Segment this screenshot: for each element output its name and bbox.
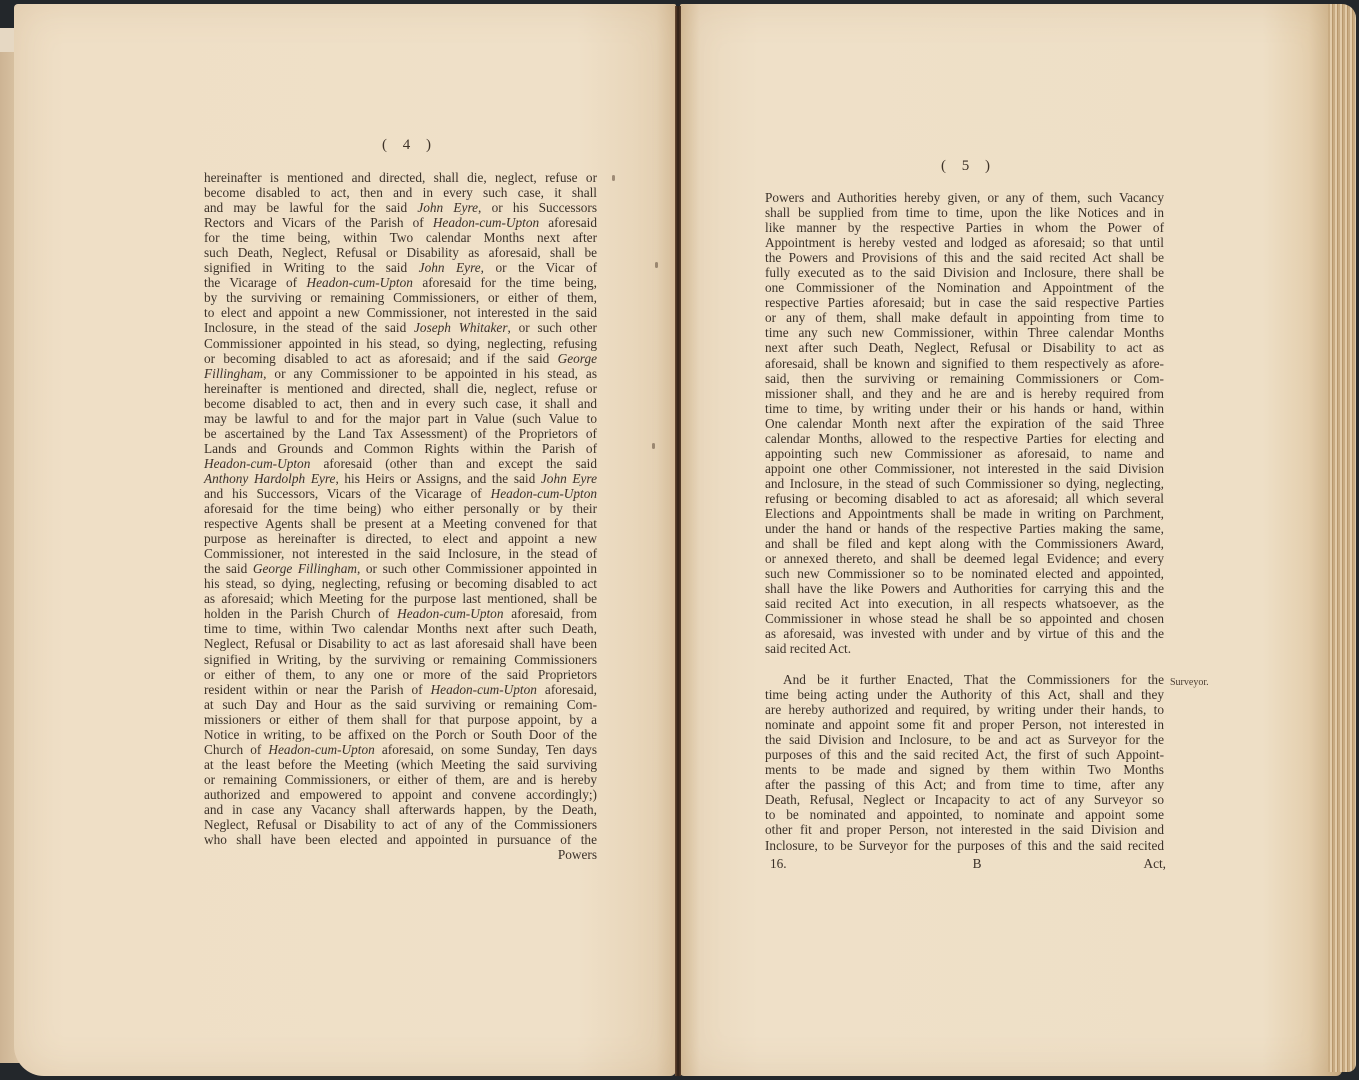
text-line: the said Division and Inclosure, to be a… xyxy=(765,732,1164,747)
text-line: his stead, so dying, neglecting, refusin… xyxy=(204,576,597,591)
book-gutter xyxy=(675,6,681,1076)
text-line: Inclosure, in the stead of the said Jose… xyxy=(204,320,597,335)
text-line: to elect and appoint a new Commissioner,… xyxy=(204,305,597,320)
text-line: aforesaid, shall be known and signified … xyxy=(765,356,1164,371)
text-line: purpose as hereinafter is directed, to e… xyxy=(204,531,597,546)
text-line: time to time, within Two calendar Months… xyxy=(204,621,597,636)
text-line: refusing or becoming disabled to act as … xyxy=(765,491,1164,506)
text-line: or either of them, to any one or more of… xyxy=(204,667,597,682)
text-line: Commissioner appointed in his stead, so … xyxy=(204,336,597,351)
text-line: as aforesaid; which Meeting for the purp… xyxy=(204,591,597,606)
text-line: purposes of this and the said recited Ac… xyxy=(765,747,1164,762)
text-line: after the passing of this Act; and from … xyxy=(765,777,1164,792)
text-line: Neglect, Refusal or Disability to act of… xyxy=(204,817,597,832)
ink-speck xyxy=(655,262,658,268)
text-line: Neglect, Refusal or Disability to act as… xyxy=(204,636,597,651)
text-line: fully executed as to the said Division a… xyxy=(765,265,1164,280)
text-line: and shall be filed and kept along with t… xyxy=(765,536,1164,551)
text-line: aforesaid for the time being) who either… xyxy=(204,501,597,516)
text-line: become disabled to act, then and in ever… xyxy=(204,396,597,411)
text-line: or becoming disabled to act as aforesaid… xyxy=(204,351,597,366)
text-line: appointing such new Commissioner as afor… xyxy=(765,446,1164,461)
text-line: ments to be made and signed by them with… xyxy=(765,762,1164,777)
text-line: at the least before the Meeting (which M… xyxy=(204,757,597,772)
text-line: Notice in writing, to be affixed on the … xyxy=(204,727,597,742)
text-line: said recited Act into execution, in all … xyxy=(765,596,1164,611)
text-line: Church of Headon-cum-Upton aforesaid, on… xyxy=(204,742,597,757)
text-line: to be nominated and appointed, to nomina… xyxy=(765,807,1164,822)
text-line: one Commissioner of the Nomination and A… xyxy=(765,280,1164,295)
left-page-number: ( 4 ) xyxy=(382,137,437,154)
page-fore-edge xyxy=(1328,4,1356,1072)
text-line: Fillingham, or any Commissioner to be ap… xyxy=(204,366,597,381)
text-line: respective Parties aforesaid; but in cas… xyxy=(765,295,1164,310)
text-line: signified in Writing, by the surviving o… xyxy=(204,652,597,667)
text-line: hereinafter is mentioned and directed, s… xyxy=(204,381,597,396)
text-line: as aforesaid, was invested with under an… xyxy=(765,626,1164,641)
text-line: Headon-cum-Upton aforesaid (other than a… xyxy=(204,456,597,471)
text-line: such Death, Neglect, Refusal or Disabili… xyxy=(204,245,597,260)
catchword-left: Powers xyxy=(204,847,597,862)
signature-mark: 16. xyxy=(770,856,787,872)
right-page-number: ( 5 ) xyxy=(941,158,996,175)
text-line: said, then the surviving or remaining Co… xyxy=(765,371,1164,386)
catchword-right: Act, xyxy=(1143,856,1166,872)
text-line: said recited Act. xyxy=(765,641,1164,656)
text-line: the Powers and Provisions of this and th… xyxy=(765,250,1164,265)
text-line: Commissioner, not interested in the said… xyxy=(204,546,597,561)
text-line: Powers and Authorities hereby given, or … xyxy=(765,190,1164,205)
text-line: Lands and Grounds and Common Rights with… xyxy=(204,441,597,456)
text-line: other fit and proper Person, not interes… xyxy=(765,822,1164,837)
text-line: appoint one other Commissioner, not inte… xyxy=(765,461,1164,476)
text-line: Anthony Hardolph Eyre, his Heirs or Assi… xyxy=(204,471,597,486)
text-line: Elections and Appointments shall be made… xyxy=(765,506,1164,521)
text-line: under the hand or hands of the respectiv… xyxy=(765,521,1164,536)
text-line: One calendar Month next after the expira… xyxy=(765,416,1164,431)
text-line: Commissioner in whose stead he shall be … xyxy=(765,611,1164,626)
text-line: time being acting under the Authority of… xyxy=(765,687,1164,702)
text-line: are hereby authorized and required, by w… xyxy=(765,702,1164,717)
text-line: may be lawful to and for the major part … xyxy=(204,411,597,426)
marginal-note-surveyor: Surveyor. xyxy=(1170,677,1209,688)
text-line: missioners or either of them shall for t… xyxy=(204,712,597,727)
text-line: be ascertained by the Land Tax Assessmen… xyxy=(204,426,597,441)
page-footer-signature: 16. B Act, xyxy=(770,856,1166,872)
text-line: like manner by the respective Parties in… xyxy=(765,220,1164,235)
text-line: authorized and empowered to appoint and … xyxy=(204,787,597,802)
text-line: nominate and appoint some fit and proper… xyxy=(765,717,1164,732)
text-line: such new Commissioner so to be nominated… xyxy=(765,566,1164,581)
text-line: holden in the Parish Church of Headon-cu… xyxy=(204,606,597,621)
text-line: and Inclosure, in the stead of such Comm… xyxy=(765,476,1164,491)
text-line: or remaining Commissioners, or either of… xyxy=(204,772,597,787)
text-line: Appointment is hereby vested and lodged … xyxy=(765,235,1164,250)
text-line: Inclosure, to be Surveyor for the purpos… xyxy=(765,838,1164,853)
text-line: resident within or near the Parish of He… xyxy=(204,682,597,697)
text-line: the said George Fillingham, or such othe… xyxy=(204,561,597,576)
left-page-body: hereinafter is mentioned and directed, s… xyxy=(204,170,597,862)
text-line: time to time, by writing under their or … xyxy=(765,401,1164,416)
text-line: next after such Death, Neglect, Refusal … xyxy=(765,340,1164,355)
text-line: or any of them, shall make default in ap… xyxy=(765,310,1164,325)
text-line: shall be supplied from time to time, upo… xyxy=(765,205,1164,220)
ink-speck xyxy=(652,443,655,449)
ink-speck xyxy=(612,175,615,181)
text-line: missioner shall, and they and he are and… xyxy=(765,386,1164,401)
text-line: and in case any Vacancy shall afterwards… xyxy=(204,802,597,817)
text-line: or annexed thereto, and shall be deemed … xyxy=(765,551,1164,566)
text-line: at such Day and Hour as the said survivi… xyxy=(204,697,597,712)
text-line: hereinafter is mentioned and directed, s… xyxy=(204,170,597,185)
text-line: the Vicarage of Headon-cum-Upton aforesa… xyxy=(204,275,597,290)
right-page-paragraph-2: And be it further Enacted, That the Comm… xyxy=(765,672,1164,853)
text-line: And be it further Enacted, That the Comm… xyxy=(765,672,1164,687)
text-line: shall have the like Powers and Authoriti… xyxy=(765,581,1164,596)
text-line: Death, Refusal, Neglect or Incapacity to… xyxy=(765,792,1164,807)
text-line: who shall have been elected and appointe… xyxy=(204,832,597,847)
signature-letter: B xyxy=(973,856,982,872)
text-line: by the surviving or remaining Commission… xyxy=(204,290,597,305)
text-line: become disabled to act, then and in ever… xyxy=(204,185,597,200)
text-line: signified in Writing to the said John Ey… xyxy=(204,260,597,275)
text-line: and may be lawful for the said John Eyre… xyxy=(204,200,597,215)
text-line: calendar Months, allowed to the respecti… xyxy=(765,431,1164,446)
text-line: and his Successors, Vicars of the Vicara… xyxy=(204,486,597,501)
text-line: for the time being, within Two calendar … xyxy=(204,230,597,245)
text-line: Rectors and Vicars of the Parish of Head… xyxy=(204,215,597,230)
right-page-paragraph-1: Powers and Authorities hereby given, or … xyxy=(765,190,1164,656)
text-line: time any such new Commissioner, within T… xyxy=(765,325,1164,340)
text-line: respective Agents shall be present at a … xyxy=(204,516,597,531)
